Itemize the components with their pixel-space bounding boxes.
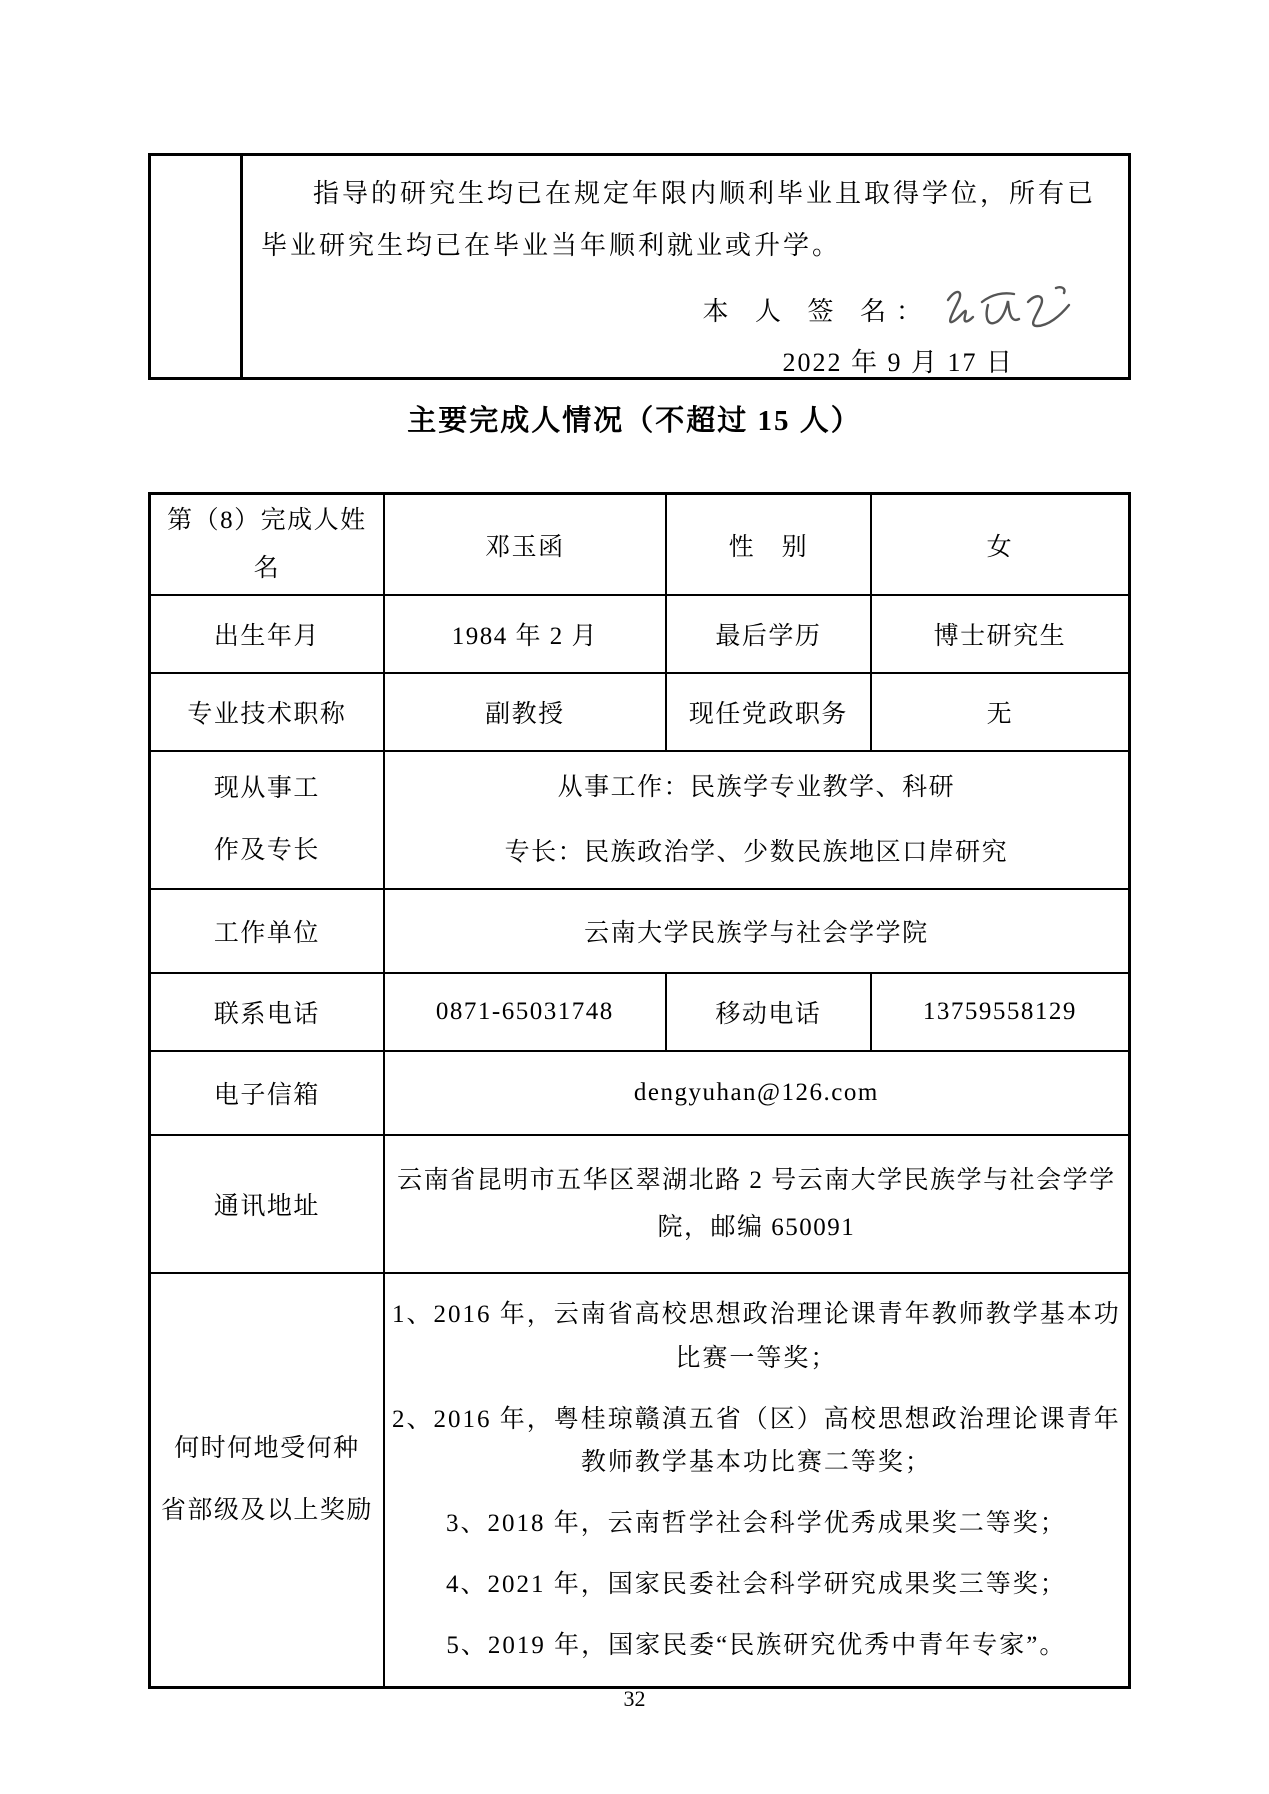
current-work-label: 现从事工 作及专长 (150, 751, 384, 889)
email-label: 电子信箱 (150, 1051, 384, 1135)
statement-table: 指导的研究生均已在规定年限内顺利毕业且取得学位，所有已毕业研究生均已在毕业当年顺… (148, 153, 1131, 380)
current-work-line2: 专长：民族政治学、少数民族地区口岸研究 (391, 820, 1122, 885)
completer-name-value: 邓玉函 (384, 494, 666, 596)
statement-paragraph: 指导的研究生均已在规定年限内顺利毕业且取得学位，所有已毕业研究生均已在毕业当年顺… (261, 168, 1112, 272)
mobile-phone-value: 13759558129 (871, 973, 1130, 1051)
table-row-title: 专业技术职称 副教授 现任党政职务 无 (150, 673, 1130, 751)
last-degree-value: 博士研究生 (871, 595, 1130, 673)
award-item-5: 5、2019 年，国家民委“民族研究优秀中青年专家”。 (391, 1624, 1122, 1668)
award-item-4: 4、2021 年，国家民委社会科学研究成果奖三等奖； (391, 1563, 1122, 1607)
gender-label: 性 别 (666, 494, 871, 596)
document-page: 指导的研究生均已在规定年限内顺利毕业且取得学位，所有已毕业研究生均已在毕业当年顺… (0, 0, 1269, 1794)
professional-title-label: 专业技术职称 (150, 673, 384, 751)
signature-row: 本 人 签 名： (261, 278, 1112, 340)
completer-name-label: 第（8）完成人姓名 (150, 494, 384, 596)
employer-label: 工作单位 (150, 889, 384, 973)
table-row-phone: 联系电话 0871-65031748 移动电话 13759558129 (150, 973, 1130, 1051)
signature-label: 本 人 签 名： (702, 291, 932, 328)
statement-table-main-cell: 指导的研究生均已在规定年限内顺利毕业且取得学位，所有已毕业研究生均已在毕业当年顺… (243, 156, 1128, 377)
current-work-line1: 从事工作：民族学专业教学、科研 (391, 755, 1122, 820)
page-number: 32 (0, 1686, 1269, 1712)
award-item-3: 3、2018 年，云南哲学社会科学优秀成果奖二等奖； (391, 1502, 1122, 1546)
completer-info-table: 第（8）完成人姓名 邓玉函 性 别 女 出生年月 1984 年 2 月 最后学历… (148, 492, 1131, 1689)
mailing-address-value: 云南省昆明市五华区翠湖北路 2 号云南大学民族学与社会学学院，邮编 650091 (384, 1135, 1130, 1273)
email-value: dengyuhan@126.com (384, 1051, 1130, 1135)
employer-value: 云南大学民族学与社会学学院 (384, 889, 1130, 973)
table-row-current-work: 现从事工 作及专长 从事工作：民族学专业教学、科研 专长：民族政治学、少数民族地… (150, 751, 1130, 889)
table-row-name: 第（8）完成人姓名 邓玉函 性 别 女 (150, 494, 1130, 596)
party-position-label: 现任党政职务 (666, 673, 871, 751)
professional-title-value: 副教授 (384, 673, 666, 751)
mobile-phone-label: 移动电话 (666, 973, 871, 1051)
award-item-2: 2、2016 年，粤桂琼赣滇五省（区）高校思想政治理论课青年教师教学基本功比赛二… (391, 1398, 1122, 1486)
contact-phone-label: 联系电话 (150, 973, 384, 1051)
mailing-address-label: 通讯地址 (150, 1135, 384, 1273)
section-title: 主要完成人情况（不超过 15 人） (0, 398, 1269, 439)
table-row-birth: 出生年月 1984 年 2 月 最后学历 博士研究生 (150, 595, 1130, 673)
table-row-employer: 工作单位 云南大学民族学与社会学学院 (150, 889, 1130, 973)
table-row-address: 通讯地址 云南省昆明市五华区翠湖北路 2 号云南大学民族学与社会学学院，邮编 6… (150, 1135, 1130, 1273)
award-item-1: 1、2016 年，云南省高校思想政治理论课青年教师教学基本功比赛一等奖； (391, 1293, 1122, 1381)
contact-phone-value: 0871-65031748 (384, 973, 666, 1051)
birth-date-label: 出生年月 (150, 595, 384, 673)
last-degree-label: 最后学历 (666, 595, 871, 673)
gender-value: 女 (871, 494, 1130, 596)
current-work-value: 从事工作：民族学专业教学、科研 专长：民族政治学、少数民族地区口岸研究 (384, 751, 1130, 889)
birth-date-value: 1984 年 2 月 (384, 595, 666, 673)
handwritten-signature-icon (938, 278, 1078, 340)
party-position-value: 无 (871, 673, 1130, 751)
table-row-email: 电子信箱 dengyuhan@126.com (150, 1051, 1130, 1135)
awards-value: 1、2016 年，云南省高校思想政治理论课青年教师教学基本功比赛一等奖； 2、2… (384, 1273, 1130, 1688)
table-row-awards: 何时何地受何种 省部级及以上奖励 1、2016 年，云南省高校思想政治理论课青年… (150, 1273, 1130, 1688)
statement-table-left-cell (151, 156, 243, 377)
signature-date: 2022 年 9 月 17 日 (261, 342, 1112, 379)
awards-label: 何时何地受何种 省部级及以上奖励 (150, 1273, 384, 1688)
